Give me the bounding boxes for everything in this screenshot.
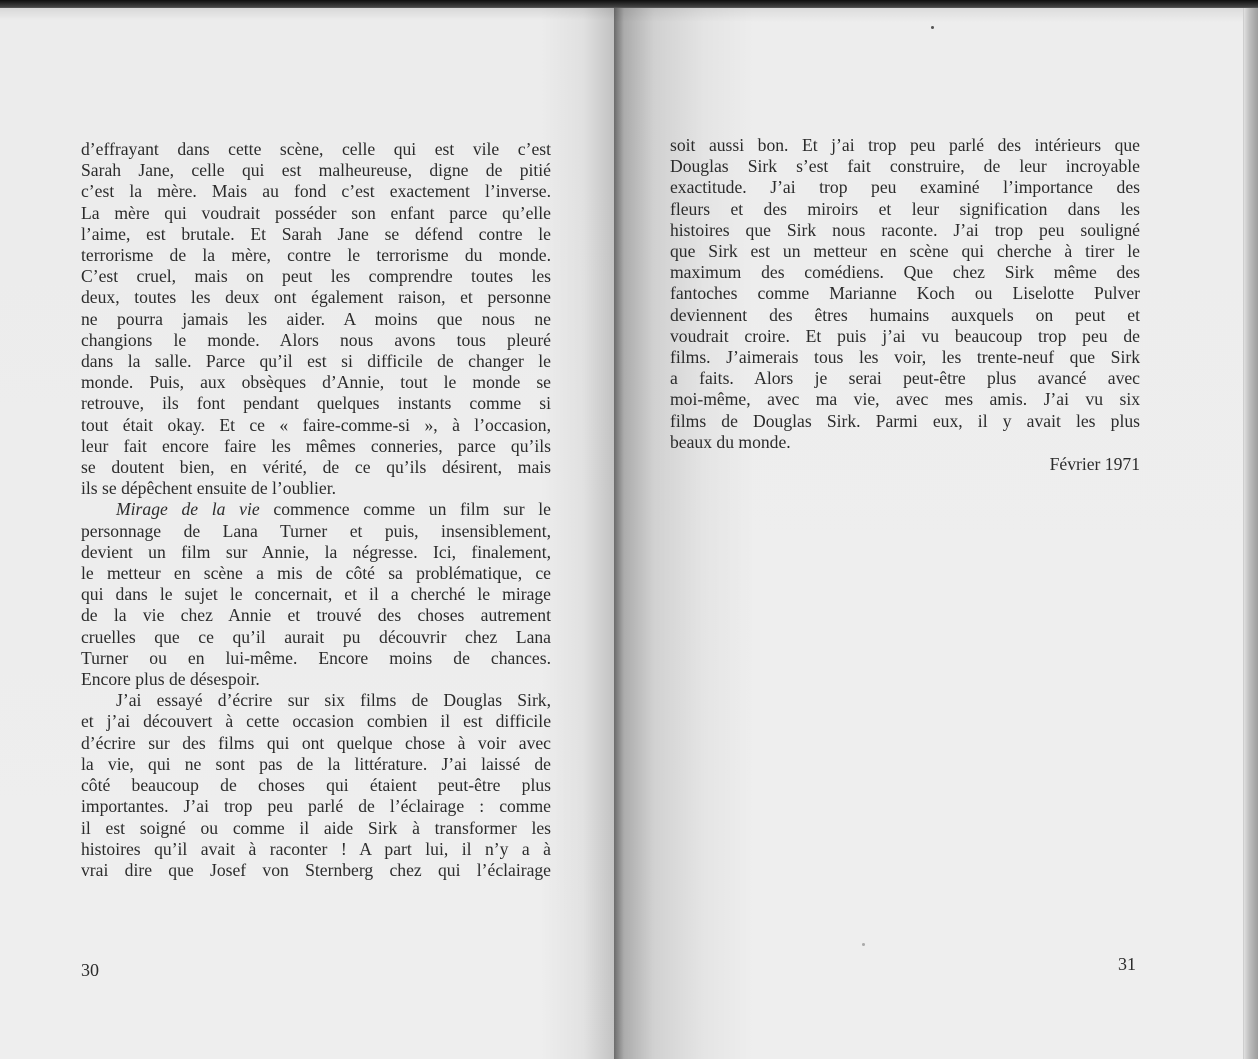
text-line: fleurs et des miroirs et leur significat… <box>670 199 1140 220</box>
text-line: vrai dire que Josef von Sternberg chez q… <box>81 860 551 881</box>
text-line: Douglas Sirk s’est fait construire, de l… <box>670 156 1140 177</box>
date-signature: Février 1971 <box>670 454 1140 475</box>
text-line: histoires qu’il avait à raconter ! A par… <box>81 839 551 860</box>
book-spread: d’effrayant dans cette scène, celle qui … <box>0 0 1258 1059</box>
text-line: dans la salle. Parce qu’il est si diffic… <box>81 351 551 372</box>
paper-speck <box>931 26 934 29</box>
text-line: il est soigné ou comme il aide Sirk à tr… <box>81 818 551 839</box>
left-page-text: d’effrayant dans cette scène, celle qui … <box>81 139 551 881</box>
right-page-text: soit aussi bon. Et j’ai trop peu parlé d… <box>670 135 1140 475</box>
text-line: retrouve, ils font pendant quelques inst… <box>81 393 551 414</box>
left-page: d’effrayant dans cette scène, celle qui … <box>0 8 614 1059</box>
text-line: La mère qui voudrait posséder son enfant… <box>81 203 551 224</box>
page-number-right: 31 <box>1118 954 1136 975</box>
text-line: deviennent des êtres humains auxquels on… <box>670 305 1140 326</box>
text-line: cruelles que ce qu’il aurait pu découvri… <box>81 627 551 648</box>
text-line: Mirage de la vie commence comme un film … <box>81 499 551 520</box>
paper-speck <box>862 943 865 946</box>
text-line: Turner ou en lui-même. Encore moins de c… <box>81 648 551 669</box>
text-line: l’aime, est brutale. Et Sarah Jane se dé… <box>81 224 551 245</box>
text-line: J’ai essayé d’écrire sur six films de Do… <box>81 690 551 711</box>
text-line: ils se dépêchent ensuite de l’oublier. <box>81 478 551 499</box>
text-line: devient un film sur Annie, la négresse. … <box>81 542 551 563</box>
text-line: moi-même, avec ma vie, avec mes amis. J’… <box>670 389 1140 410</box>
text-line: films. J’aimerais tous les voir, les tre… <box>670 347 1140 368</box>
text-line: histoires que Sirk nous raconte. J’ai tr… <box>670 220 1140 241</box>
film-title: Mirage de la vie <box>116 499 260 519</box>
text-line: deux, toutes les deux ont également rais… <box>81 287 551 308</box>
right-page: soit aussi bon. Et j’ai trop peu parlé d… <box>614 8 1258 1059</box>
text-line: le metteur en scène a mis de côté sa pro… <box>81 563 551 584</box>
text-line: c’est la mère. Mais au fond c’est exacte… <box>81 181 551 202</box>
text-line: et j’ai découvert à cette occasion combi… <box>81 711 551 732</box>
text-line: a faits. Alors je serai peut-être plus a… <box>670 368 1140 389</box>
text-line: maximum des comédiens. Que chez Sirk mêm… <box>670 262 1140 283</box>
text-line: changions le monde. Alors nous avons tou… <box>81 330 551 351</box>
text-line: la vie, qui ne sont pas de la littératur… <box>81 754 551 775</box>
text-line: ne pourra jamais les aider. A moins que … <box>81 309 551 330</box>
text-line: fantoches comme Marianne Koch ou Liselot… <box>670 283 1140 304</box>
text-line: qui dans le sujet le concernait, et il a… <box>81 584 551 605</box>
text-run: commence comme un film sur le <box>260 499 551 519</box>
text-line: côté beaucoup de choses qui étaient peut… <box>81 775 551 796</box>
text-line: d’écrire sur des films qui ont quelque c… <box>81 733 551 754</box>
text-line: tout était okay. Et ce « faire-comme-si … <box>81 415 551 436</box>
text-line: C’est cruel, mais on peut les comprendre… <box>81 266 551 287</box>
text-line: films de Douglas Sirk. Parmi eux, il y a… <box>670 411 1140 432</box>
text-line: se doutent bien, en vérité, de ce qu’ils… <box>81 457 551 478</box>
text-line: d’effrayant dans cette scène, celle qui … <box>81 139 551 160</box>
book-right-edge <box>1243 8 1258 1059</box>
text-line: leur fait encore faire les mêmes conneri… <box>81 436 551 457</box>
text-line: personnage de Lana Turner et puis, insen… <box>81 521 551 542</box>
text-line: Sarah Jane, celle qui est malheureuse, d… <box>81 160 551 181</box>
text-line: monde. Puis, aux obsèques d’Annie, tout … <box>81 372 551 393</box>
text-line: beaux du monde. <box>670 432 1140 453</box>
text-line: de la vie chez Annie et trouvé des chose… <box>81 605 551 626</box>
text-line: terrorisme de la mère, contre le terrori… <box>81 245 551 266</box>
text-line: importantes. J’ai trop peu parlé de l’éc… <box>81 796 551 817</box>
text-line: soit aussi bon. Et j’ai trop peu parlé d… <box>670 135 1140 156</box>
text-line: Encore plus de désespoir. <box>81 669 551 690</box>
text-line: que Sirk est un metteur en scène qui che… <box>670 241 1140 262</box>
text-line: exactitude. J’ai trop peu examiné l’impo… <box>670 177 1140 198</box>
page-number-left: 30 <box>81 960 99 981</box>
text-line: voudrait croire. Et puis j’ai vu beaucou… <box>670 326 1140 347</box>
